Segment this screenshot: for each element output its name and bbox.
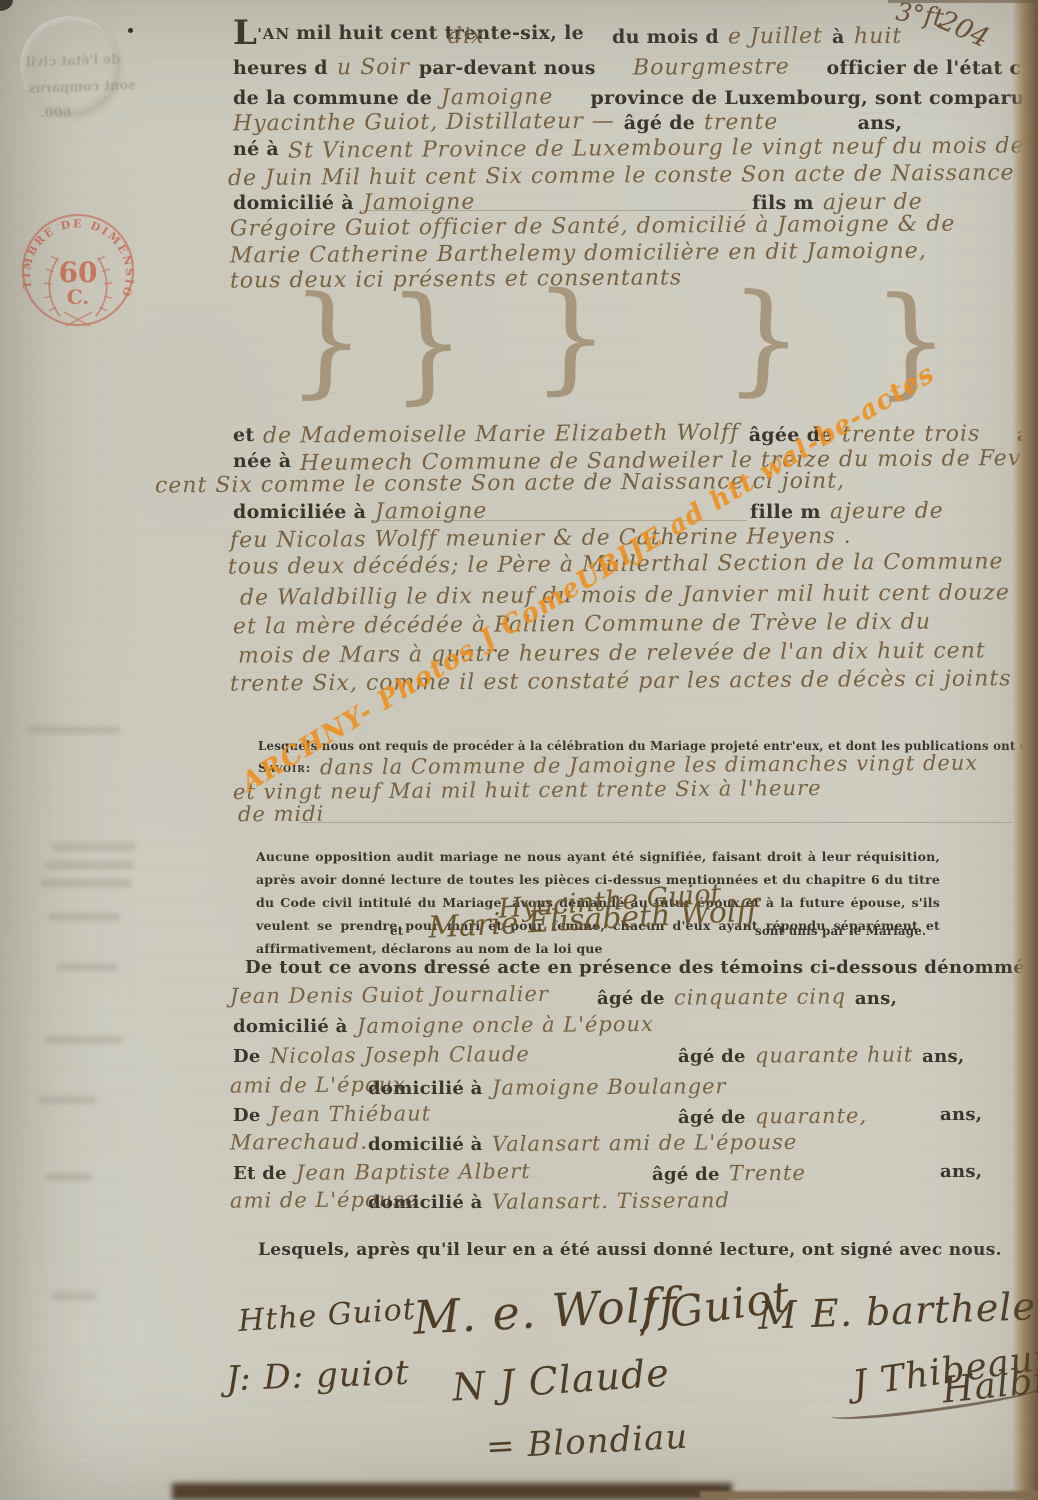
printed-label: domicilié à xyxy=(368,1078,483,1099)
handwritten-entry: Marechaud. xyxy=(230,1130,368,1155)
page-edge-top xyxy=(888,0,1038,3)
handwritten-entry: Jamoigne Boulanger xyxy=(492,1074,727,1100)
printed-label: domicilié à xyxy=(233,1016,348,1037)
printed-label: mil huit cent trente-six, le xyxy=(296,22,584,44)
printed-label: âgé de xyxy=(678,1107,746,1128)
witness-line: âgé deTrente xyxy=(652,1161,815,1185)
handwritten-entry: et la mère décédée à Pallien Commune de … xyxy=(233,610,931,640)
publications-line: et vingt neuf Mai mil huit cent trente S… xyxy=(233,778,831,802)
act-line: dix xyxy=(448,24,494,49)
handwritten-entry: trente xyxy=(704,110,779,136)
printed-label: province de Luxembourg, sont comparus xyxy=(590,87,1035,109)
handwritten-entry: Marie Catherine Barthelemy domicilière e… xyxy=(230,239,927,269)
page-edge-bottom xyxy=(700,1491,1038,1500)
witness-line: Jean Denis Guiot Journalier xyxy=(230,983,558,1007)
bleedthrough-mark xyxy=(46,861,134,869)
form-rule xyxy=(300,822,1012,823)
witness-line: âgé dequarante, xyxy=(678,1104,876,1128)
stamp-unit: C. xyxy=(67,285,90,309)
printed-label: ans, xyxy=(922,1046,964,1067)
bleedthrough-mark xyxy=(56,963,118,971)
page-edge-bottom xyxy=(172,1483,732,1500)
handwritten-entry: ajeure de xyxy=(830,499,944,525)
printed-label: domiciliée à xyxy=(233,501,366,523)
bleedthrough-mark xyxy=(46,1036,122,1044)
closing-sentence: Lesquels, après qu'il leur en a été auss… xyxy=(258,1240,1011,1260)
act-line: Marie Catherine Barthelemy domicilière e… xyxy=(230,241,936,266)
scanned-marriage-act-page: { "colors":{"paper":"#cfcec2","print_ink… xyxy=(0,0,1038,1500)
brace-flourish: } xyxy=(723,268,807,411)
printed-label: du mois d xyxy=(612,26,719,48)
handwritten-entry: St Vincent Province de Luxembourg le vin… xyxy=(288,133,1025,163)
witness-line: domicilié àJamoigne Boulanger xyxy=(368,1075,735,1099)
revenue-stamp: TIMBRE DE DIMENSION 60 C. xyxy=(16,196,140,348)
union-label: sont unis par le Mariage. xyxy=(755,920,935,939)
printed-label: heures d xyxy=(233,57,328,79)
handwritten-entry: Jean Baptiste Albert xyxy=(296,1159,531,1185)
handwritten-entry: Jamoigne xyxy=(363,190,476,216)
witness-line: domicilié àValansart. Tisserand xyxy=(368,1189,739,1213)
handwritten-entry: quarante huit xyxy=(755,1042,913,1067)
witness-line: âgé dequarante huitans, xyxy=(678,1043,974,1067)
witness-line: ans, xyxy=(940,1104,991,1125)
handwritten-entry: Jean Thiébaut xyxy=(270,1101,431,1126)
printed-label: et xyxy=(233,424,254,446)
handwritten-entry: Valansart. Tisserand xyxy=(492,1188,730,1214)
act-line: trente Six, comme il est constaté par le… xyxy=(230,669,1020,694)
ink-dot xyxy=(128,28,133,33)
handwritten-entry: feu Nicolas Wolff meunier & de Catherine… xyxy=(230,524,852,553)
printed-label: ans, xyxy=(940,1161,982,1182)
printed-label: fils m xyxy=(752,192,814,214)
printed-label: De xyxy=(233,1046,261,1067)
printed-label: 'AN xyxy=(257,25,290,43)
handwritten-entry: Grégoire Guiot officier de Santé, domici… xyxy=(230,211,956,241)
act-line: né àSt Vincent Province de Luxembourg le… xyxy=(233,136,1034,161)
act-line: mois de Mars à quatre heures de relevée … xyxy=(238,641,995,666)
bleedthrough-mark xyxy=(52,1292,96,1300)
bleedthrough-text: 600. xyxy=(40,105,72,121)
act-line: L'ANmil huit cent trente-six, le xyxy=(233,22,593,44)
act-line: de Waldbillig le dix neuf du mois de Jan… xyxy=(240,583,1019,608)
page-edge-right xyxy=(1012,0,1038,1500)
printed-label: à xyxy=(832,26,845,48)
printed-label: âgé de xyxy=(678,1046,746,1067)
witnesses-intro: De tout ce avons dressé acte en présence… xyxy=(245,957,1038,978)
act-line: et la mère décédée à Pallien Commune de … xyxy=(233,612,940,637)
printed-label: fille m xyxy=(750,501,821,523)
printed-label: ans, xyxy=(940,1104,982,1125)
signature-jd-guiot: J: D: guiot xyxy=(225,1353,410,1399)
handwritten-entry: dix xyxy=(448,24,485,49)
act-line: tous deux ici présents et consentants xyxy=(230,267,691,292)
act-line: domicilié àJamoigne xyxy=(233,190,484,215)
bleedthrough-mark xyxy=(28,726,120,734)
printed-label: officier de l'état civil xyxy=(827,57,1038,79)
handwritten-entry: cinquante cinq xyxy=(674,984,846,1009)
handwritten-entry: Jamoigne xyxy=(441,85,554,111)
bleedthrough-mark xyxy=(40,879,132,887)
bleedthrough-mark xyxy=(52,843,136,851)
handwritten-entry: Bourgmestre xyxy=(633,54,790,80)
witness-line: DeNicolas Joseph Claude xyxy=(233,1043,538,1067)
handwritten-entry: quarante, xyxy=(755,1104,867,1129)
printed-label: ans, xyxy=(858,112,903,134)
handwritten-entry: trente Six, comme il est constaté par le… xyxy=(230,666,1012,696)
witness-line: domicilié àValansart ami de L'épouse xyxy=(368,1131,806,1155)
act-line: du mois de Juilletàhuit xyxy=(612,24,911,49)
printed-label: Et de xyxy=(233,1163,287,1184)
printed-label: De xyxy=(233,1105,261,1126)
printed-label: et xyxy=(390,924,403,938)
handwritten-entry: de Juin Mil huit cent Six comme le const… xyxy=(228,160,1038,191)
printed-label: Lesquels, après qu'il leur en a été auss… xyxy=(258,1240,1002,1260)
printed-label: âgé de xyxy=(624,112,695,134)
handwritten-entry: tous deux ici présents et consentants xyxy=(230,265,682,293)
witness-line: ans, xyxy=(940,1161,991,1182)
handwritten-entry: et vingt neuf Mai mil huit cent trente S… xyxy=(233,776,822,804)
handwritten-entry: Valansart ami de L'épouse xyxy=(492,1130,797,1156)
handwritten-entry: Trente xyxy=(729,1161,806,1186)
witness-line: Et deJean Baptiste Albert xyxy=(233,1160,540,1184)
printed-label: ans, xyxy=(855,988,897,1009)
handwritten-entry: Jean Denis Guiot Journalier xyxy=(230,982,549,1008)
act-line: heures du Soirpar-devant nousBourgmestre… xyxy=(233,55,1038,80)
act-line: Hyacinthe Guiot, Distillateur —âgé detre… xyxy=(233,110,911,135)
handwritten-entry: de midi xyxy=(238,802,325,827)
printed-label: domicilié à xyxy=(368,1192,483,1213)
printed-label: de la commune de xyxy=(233,87,432,109)
handwritten-entry: Hyacinthe Guiot, Distillateur — xyxy=(233,109,615,137)
handwritten-entry: de Waldbillig le dix neuf du mois de Jan… xyxy=(240,580,1010,610)
et-label: et xyxy=(390,920,412,939)
publications-line: Savoir:dans la Commune de Jamoigne les d… xyxy=(258,753,987,777)
act-line: de Juin Mil huit cent Six comme le const… xyxy=(228,163,1038,188)
handwritten-entry: dans la Commune de Jamoigne les dimanche… xyxy=(320,751,978,780)
printed-label: par-devant nous xyxy=(419,57,596,79)
witness-line: âgé decinquante cinqans, xyxy=(597,985,906,1009)
printed-label: née à xyxy=(233,450,291,472)
printed-label: âgé de xyxy=(652,1164,720,1185)
witness-line: DeJean Thiébaut xyxy=(233,1102,440,1126)
act-line: fille majeure de xyxy=(750,499,953,524)
handwritten-entry: e Juillet xyxy=(728,24,823,50)
handwritten-entry: huit xyxy=(854,24,902,49)
printed-label: âgé de xyxy=(597,988,665,1009)
act-line: feu Nicolas Wolff meunier & de Catherine… xyxy=(230,526,861,551)
act-line: domiciliée àJamoigne xyxy=(233,499,497,524)
witness-line: Marechaud. xyxy=(230,1130,377,1154)
printed-label: domicilié à xyxy=(368,1134,483,1155)
act-line: etde Mademoiselle Marie Elizabeth Wolffâ… xyxy=(233,422,1038,447)
handwritten-entry: de Mademoiselle Marie Elizabeth Wolff xyxy=(263,420,739,448)
printed-label: né à xyxy=(233,138,279,160)
publications-line: de midi xyxy=(238,802,333,826)
handwritten-entry: u Soir xyxy=(337,55,410,81)
handwritten-entry: mois de Mars à quatre heures de relevée … xyxy=(238,638,986,668)
handwritten-entry: Jamoigne xyxy=(375,499,488,525)
bleedthrough-mark xyxy=(46,1173,92,1181)
bleedthrough-mark xyxy=(48,913,120,921)
act-line: Grégoire Guiot officier de Santé, domici… xyxy=(230,214,964,239)
printed-label: domicilié à xyxy=(233,192,354,214)
printed-label: sont unis par le Mariage. xyxy=(755,924,926,938)
act-line: de la commune deJamoigneprovince de Luxe… xyxy=(233,85,1038,110)
handwritten-entry: Nicolas Joseph Claude xyxy=(270,1042,530,1068)
printed-label: De tout ce avons dressé acte en présence… xyxy=(245,957,1038,978)
handwritten-entry: Jamoigne oncle à L'époux xyxy=(357,1012,654,1038)
bleedthrough-mark xyxy=(38,1096,96,1104)
witness-line: domicilié àJamoigne oncle à L'époux xyxy=(233,1013,662,1037)
